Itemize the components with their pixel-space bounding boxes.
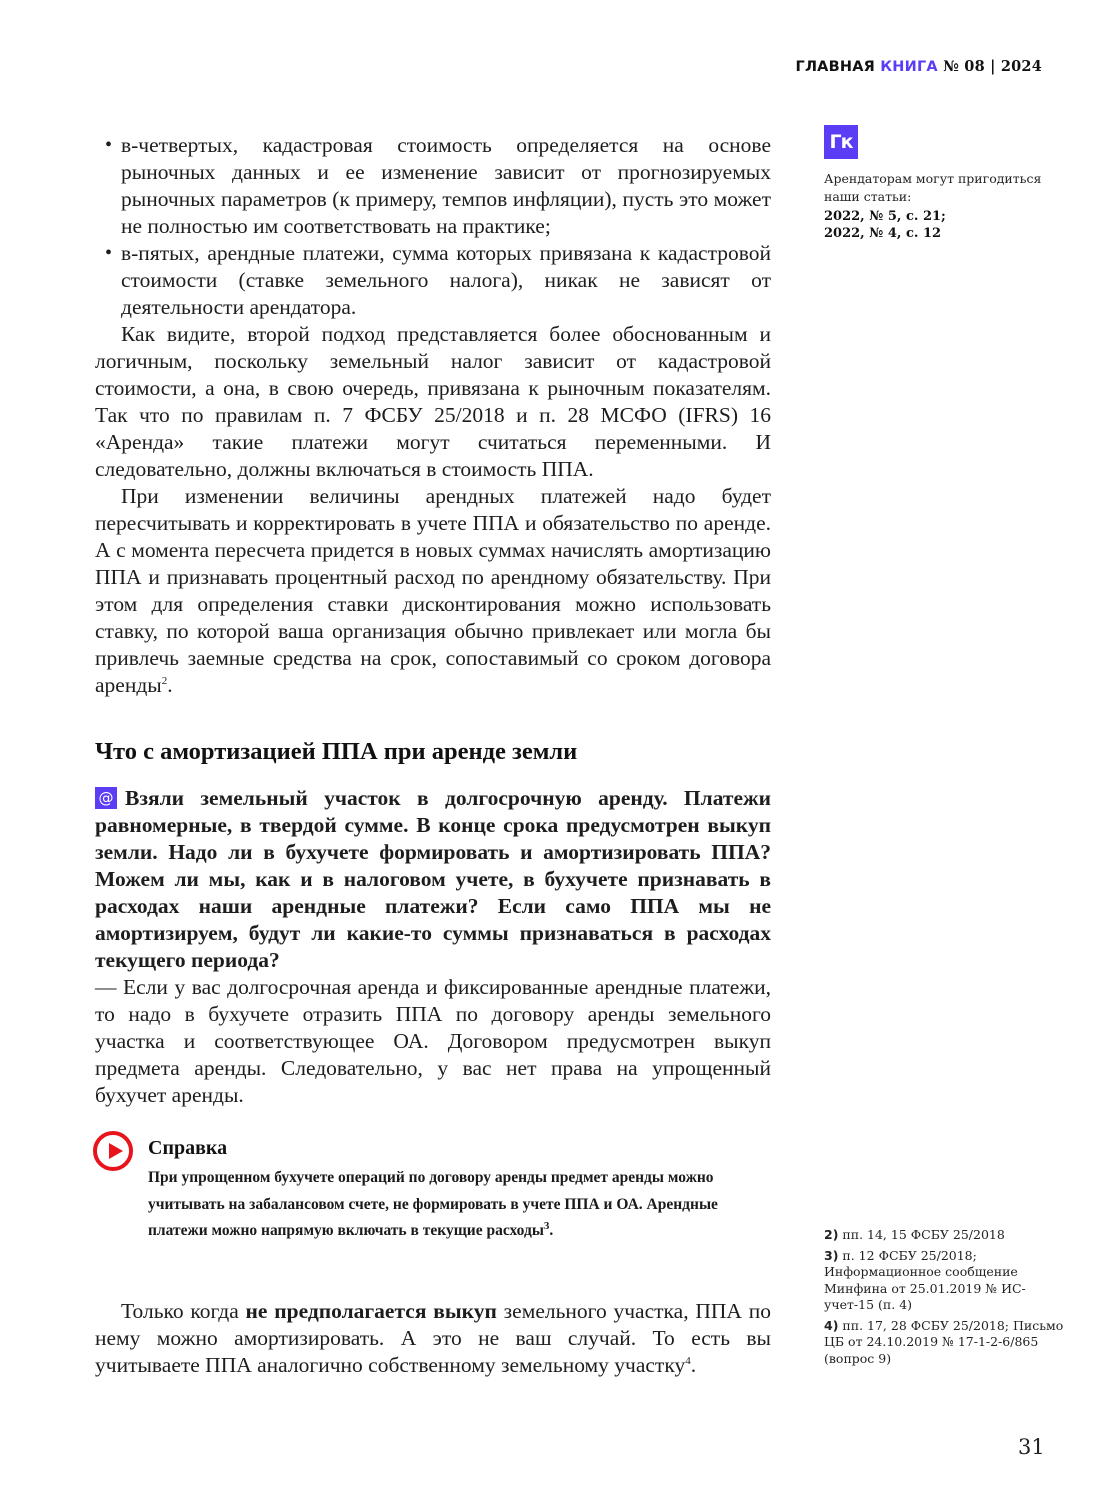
note-text: При упрощенном бухучете операций по дого… [148,1169,718,1239]
paragraph-text: Только когда [121,1299,246,1323]
note-title: Справка [148,1137,227,1160]
footnote-text: п. 12 ФСБУ 25/2018; Информационное сообщ… [824,1248,1026,1313]
sidebar: Гк Арендаторам могут пригодиться наши ст… [824,125,1054,242]
footnote: 4) пп. 17, 28 ФСБУ 25/2018; Письмо ЦБ от… [824,1318,1064,1368]
play-icon [93,1131,133,1171]
note-body: При упрощенном бухучете операций по дого… [148,1165,758,1245]
footnote-text: пп. 14, 15 ФСБУ 25/2018 [842,1227,1004,1242]
gk-logo-icon: Гк [824,125,858,159]
punctuation: . [549,1222,553,1239]
running-header: ГЛАВНАЯ КНИГА № 08 | 2024 [796,58,1043,75]
question-answer: @Взяли земельный участок в долгосрочную … [95,785,771,1109]
brand-main: ГЛАВНАЯ [796,59,875,75]
section-title: Что с амортизацией ППА при аренде земли [95,738,577,766]
list-item: в-пятых, арендные платежи, сумма которых… [95,240,771,321]
issue-number: № 08 | 2024 [943,58,1042,75]
footnotes: 2) пп. 14, 15 ФСБУ 25/2018 3) п. 12 ФСБУ… [824,1227,1064,1371]
question-text: Взяли земельный участок в долгосрочную а… [95,786,771,972]
closing-paragraph: Только когда не предполагается выкуп зем… [95,1298,771,1379]
paragraph: При изменении величины арендных платежей… [95,483,771,699]
footnote-number: 2) [824,1227,838,1242]
footnote: 2) пп. 14, 15 ФСБУ 25/2018 [824,1227,1064,1244]
list-item: в-четвертых, кадастровая стоимость опред… [95,132,771,240]
at-icon: @ [95,787,117,809]
punctuation: . [167,673,172,697]
article-ref[interactable]: 2022, № 5, с. 21; [824,208,1054,225]
footnote-text: пп. 17, 28 ФСБУ 25/2018; Письмо ЦБ от 24… [824,1318,1063,1366]
main-text: в-четвертых, кадастровая стоимость опред… [95,132,771,699]
footnote: 3) п. 12 ФСБУ 25/2018; Информационное со… [824,1248,1064,1314]
page-number: 31 [1018,1435,1045,1459]
paragraph-text: При изменении величины арендных платежей… [95,484,771,697]
brand-accent: КНИГА [880,59,938,75]
sidebar-refs: 2022, № 5, с. 21; 2022, № 4, с. 12 [824,208,1054,242]
paragraph: Как видите, второй подход представляется… [95,321,771,483]
question: @Взяли земельный участок в долгосрочную … [95,785,771,974]
sidebar-note: Арендаторам могут пригодиться наши стать… [824,170,1054,206]
bullet-list: в-четвертых, кадастровая стоимость опред… [95,132,771,321]
punctuation: . [691,1353,696,1377]
article-ref[interactable]: 2022, № 4, с. 12 [824,225,1054,242]
footnote-number: 3) [824,1248,838,1263]
footnote-number: 4) [824,1318,838,1333]
emphasis-text: не предполагается выкуп [246,1299,497,1323]
answer: — Если у вас долгосрочная аренда и фикси… [95,974,771,1109]
